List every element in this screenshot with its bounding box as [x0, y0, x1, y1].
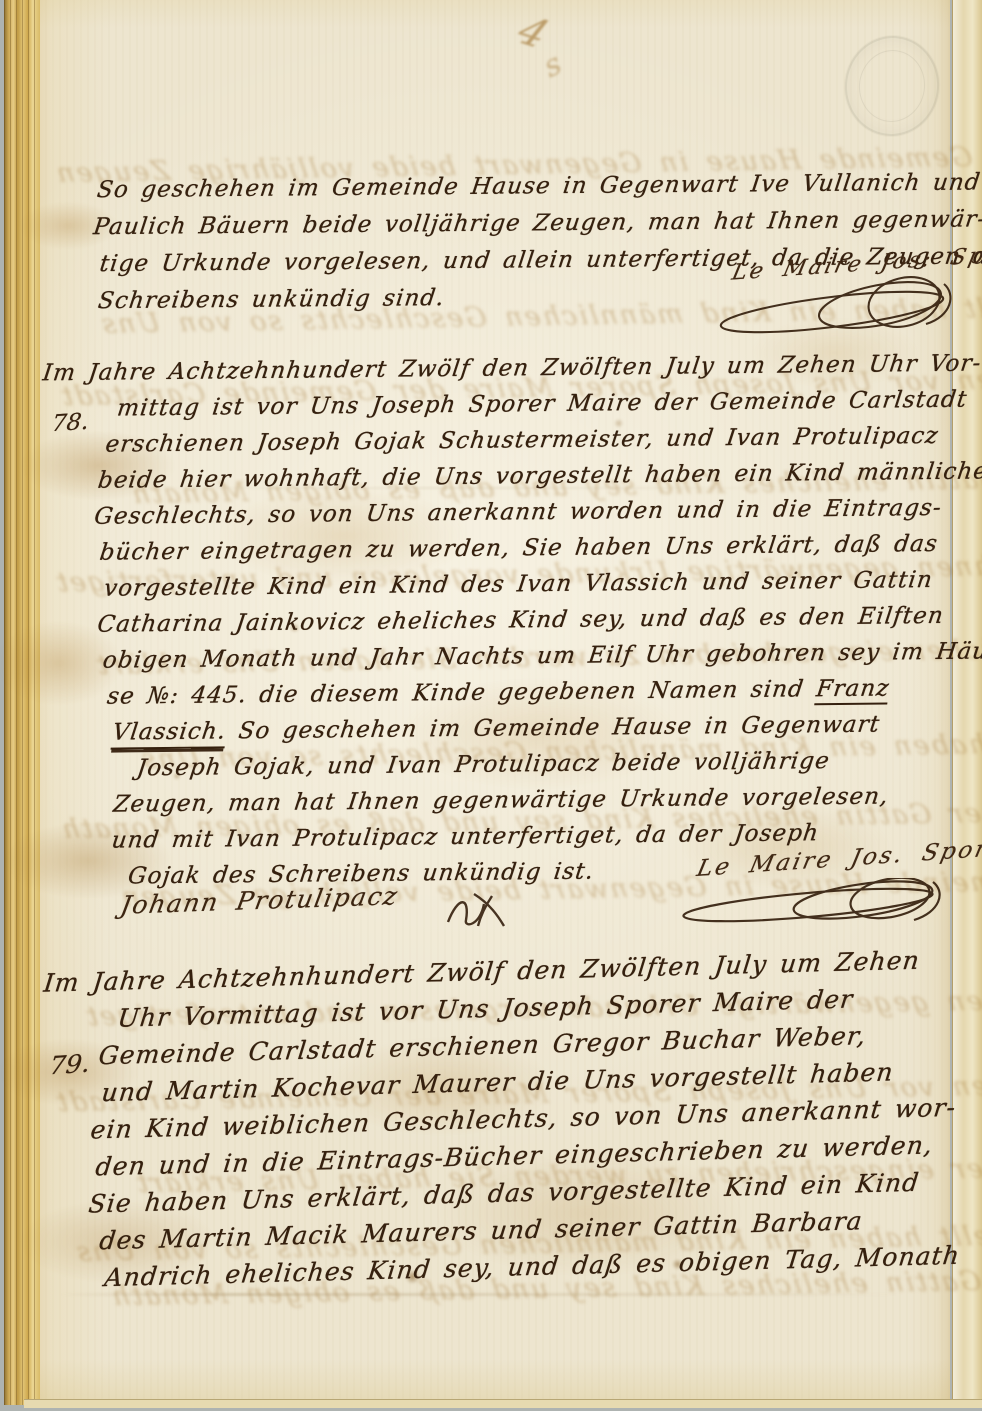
entry-78-text: Im Jahre Achtzehnhundert Zwölf den Zwölf… — [92, 345, 982, 894]
manuscript-scan: geschehen im Gemeinde Hause in Gegenwart… — [0, 0, 982, 1411]
text-line: Schreibens unkündig sind. — [96, 275, 982, 320]
entry-79-text: Im Jahre Achtzehnhundert Zwölf den Zwölf… — [96, 941, 958, 1296]
entry-number-79: 79. — [48, 1049, 91, 1081]
embossed-seal-ring — [854, 46, 929, 126]
child-name-franz: Franz — [814, 675, 891, 705]
house-number-text: se №: 445. die diesem Kinde gegebenen Na… — [106, 676, 818, 709]
book-binding-edges — [4, 0, 40, 1405]
child-surname-vlassich: Vlassich. — [110, 718, 227, 749]
entry-number-78: 78. — [50, 409, 90, 437]
closing-formula-text: So geschehen im Gemeinde Hause in Gegenw… — [225, 712, 882, 745]
previous-entry-closing: So geschehen im Gemeinde Hause in Gegenw… — [94, 164, 982, 320]
page-bottom-edge — [24, 1399, 982, 1408]
